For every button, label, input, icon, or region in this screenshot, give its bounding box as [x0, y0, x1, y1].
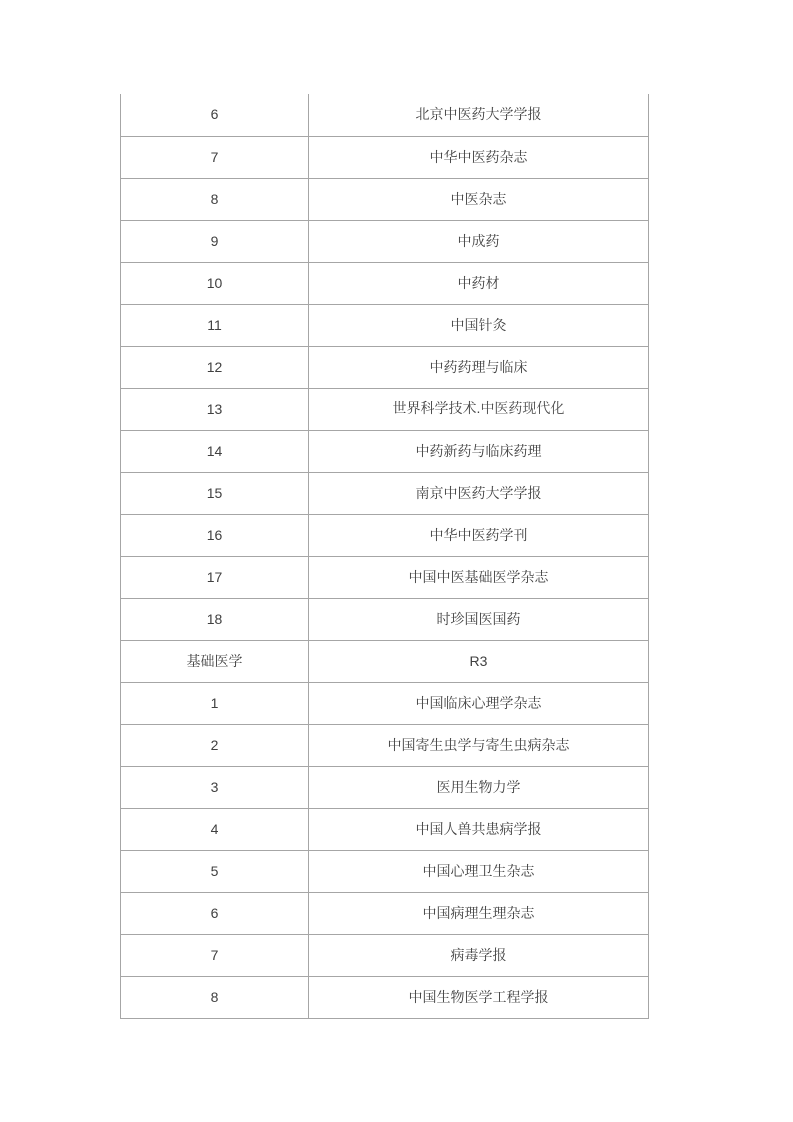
- row-number-cell: 8: [121, 178, 309, 220]
- journal-name-cell: 中国中医基础医学杂志: [309, 556, 649, 598]
- row-number-cell: 7: [121, 136, 309, 178]
- table-row: 11中国针灸: [121, 304, 649, 346]
- row-number-cell: 16: [121, 514, 309, 556]
- section-header-row: 基础医学R3: [121, 640, 649, 682]
- journal-name-cell: 中国针灸: [309, 304, 649, 346]
- row-number-cell: 6: [121, 892, 309, 934]
- table-row: 6中国病理生理杂志: [121, 892, 649, 934]
- table-row: 12中药药理与临床: [121, 346, 649, 388]
- journal-name-cell: 中药材: [309, 262, 649, 304]
- journal-name-cell: 中药新药与临床药理: [309, 430, 649, 472]
- table-row: 16中华中医药学刊: [121, 514, 649, 556]
- table-row: 6北京中医药大学学报: [121, 94, 649, 136]
- journal-name-cell: 中国心理卫生杂志: [309, 850, 649, 892]
- row-number-cell: 7: [121, 934, 309, 976]
- table-row: 3医用生物力学: [121, 766, 649, 808]
- row-number-cell: 3: [121, 766, 309, 808]
- section-name-cell: 基础医学: [121, 640, 309, 682]
- table-row: 7病毒学报: [121, 934, 649, 976]
- journal-name-cell: 北京中医药大学学报: [309, 94, 649, 136]
- row-number-cell: 1: [121, 682, 309, 724]
- table-row: 2中国寄生虫学与寄生虫病杂志: [121, 724, 649, 766]
- journal-name-cell: 中成药: [309, 220, 649, 262]
- journal-name-cell: 中国临床心理学杂志: [309, 682, 649, 724]
- journal-name-cell: 中国病理生理杂志: [309, 892, 649, 934]
- table-row: 5中国心理卫生杂志: [121, 850, 649, 892]
- row-number-cell: 18: [121, 598, 309, 640]
- journal-name-part: 中医药现代化: [480, 402, 564, 417]
- row-number-cell: 15: [121, 472, 309, 514]
- journal-name-cell: 医用生物力学: [309, 766, 649, 808]
- journal-name-cell: 时珍国医国药: [309, 598, 649, 640]
- journal-name-cell: 中医杂志: [309, 178, 649, 220]
- row-number-cell: 2: [121, 724, 309, 766]
- journal-name-cell: 中华中医药学刊: [309, 514, 649, 556]
- row-number-cell: 4: [121, 808, 309, 850]
- row-number-cell: 8: [121, 976, 309, 1018]
- journal-name-cell: 南京中医药大学学报: [309, 472, 649, 514]
- row-number-cell: 9: [121, 220, 309, 262]
- journal-table: 6北京中医药大学学报7中华中医药杂志8中医杂志9中成药10中药材11中国针灸12…: [120, 94, 649, 1019]
- table-row: 14中药新药与临床药理: [121, 430, 649, 472]
- row-number-cell: 11: [121, 304, 309, 346]
- row-number-cell: 5: [121, 850, 309, 892]
- table-row: 1中国临床心理学杂志: [121, 682, 649, 724]
- journal-name-cell: 中国寄生虫学与寄生虫病杂志: [309, 724, 649, 766]
- journal-name-part: 世界科学技术.: [393, 400, 481, 416]
- journal-name-cell: 中药药理与临床: [309, 346, 649, 388]
- journal-table-body: 6北京中医药大学学报7中华中医药杂志8中医杂志9中成药10中药材11中国针灸12…: [121, 94, 649, 1018]
- table-row: 17中国中医基础医学杂志: [121, 556, 649, 598]
- table-row: 10中药材: [121, 262, 649, 304]
- row-number-cell: 10: [121, 262, 309, 304]
- journal-name-cell: 中华中医药杂志: [309, 136, 649, 178]
- journal-name-cell: 世界科学技术.中医药现代化: [309, 388, 649, 430]
- table-row: 7中华中医药杂志: [121, 136, 649, 178]
- journal-name-cell: 病毒学报: [309, 934, 649, 976]
- table-row: 15南京中医药大学学报: [121, 472, 649, 514]
- table-row: 4中国人兽共患病学报: [121, 808, 649, 850]
- table-row: 8中国生物医学工程学报: [121, 976, 649, 1018]
- row-number-cell: 14: [121, 430, 309, 472]
- table-row: 9中成药: [121, 220, 649, 262]
- document-page: 6北京中医药大学学报7中华中医药杂志8中医杂志9中成药10中药材11中国针灸12…: [0, 0, 793, 1122]
- row-number-cell: 12: [121, 346, 309, 388]
- table-row: 8中医杂志: [121, 178, 649, 220]
- journal-name-cell: 中国生物医学工程学报: [309, 976, 649, 1018]
- section-code-cell: R3: [309, 640, 649, 682]
- row-number-cell: 17: [121, 556, 309, 598]
- row-number-cell: 6: [121, 94, 309, 136]
- row-number-cell: 13: [121, 388, 309, 430]
- table-row: 18时珍国医国药: [121, 598, 649, 640]
- journal-name-cell: 中国人兽共患病学报: [309, 808, 649, 850]
- table-row: 13世界科学技术.中医药现代化: [121, 388, 649, 430]
